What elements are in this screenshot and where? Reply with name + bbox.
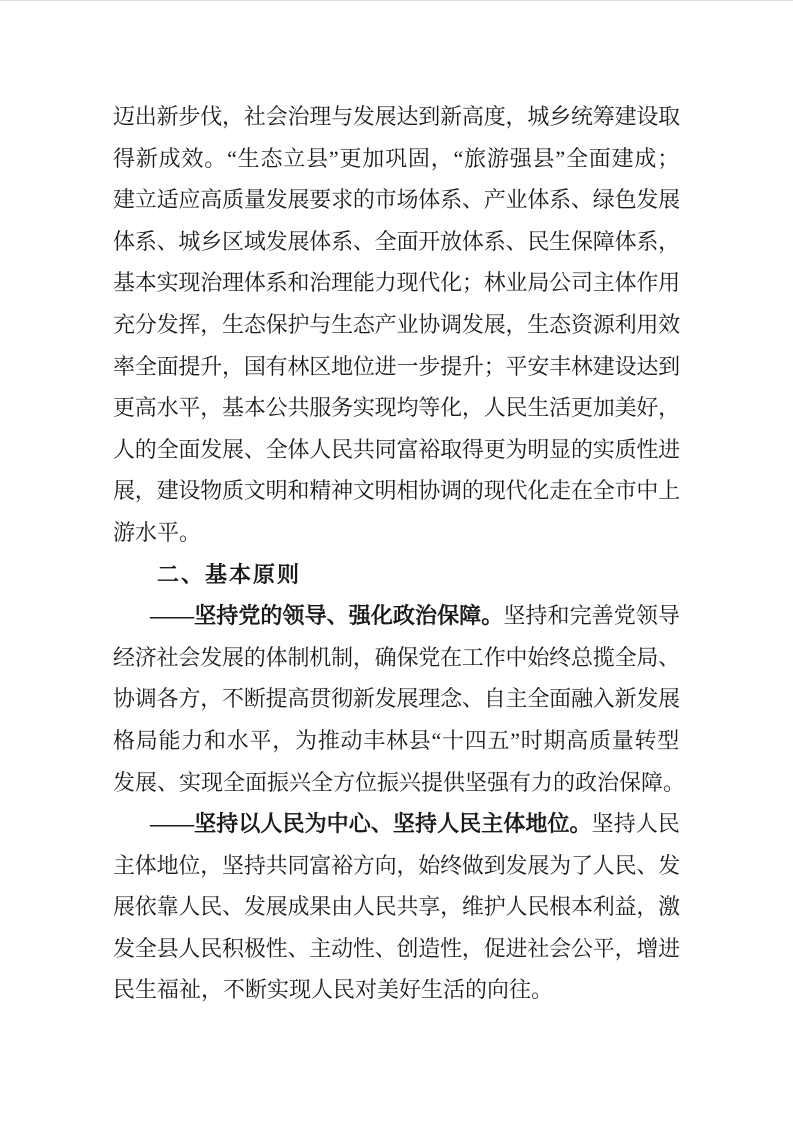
text-segment: 基本实现治理体系和治理能力现代化；林业局公司主体作用: [113, 270, 680, 295]
text-segment: 协调各方，不断提高贯彻新发展理念、自主全面融入新发展: [113, 686, 680, 711]
para-goals-continuation: 迈出新步伐，社会治理与发展达到新高度，城乡统筹建设取得新成效。“生态立县”更加巩…: [113, 96, 680, 554]
text-line: 建立适应高质量发展要求的市场体系、产业体系、绿色发展: [113, 179, 680, 221]
bold-text-segment: 二、基本原则: [157, 562, 301, 587]
para-people-centered: ——坚持以人民为中心、坚持人民主体地位。坚持人民主体地位，坚持共同富裕方向，始终…: [113, 803, 680, 1011]
text-line: 率全面提升，国有林区地位进一步提升；平安丰林建设达到: [113, 346, 680, 388]
text-segment: 人的全面发展、全体人民共同富裕取得更为明显的实质性进: [113, 437, 680, 462]
text-segment: 坚持人民: [592, 811, 680, 836]
text-line: ——坚持以人民为中心、坚持人民主体地位。坚持人民: [150, 803, 680, 845]
document-page: 迈出新步伐，社会治理与发展达到新高度，城乡统筹建设取得新成效。“生态立县”更加巩…: [0, 0, 793, 1122]
text-segment: 格局能力和水平，为推动丰林县“十四五”时期高质量转型: [113, 728, 680, 753]
text-segment: 率全面提升，国有林区地位进一步提升；平安丰林建设达到: [113, 354, 680, 379]
text-line: 展依靠人民、发展成果由人民共享，维护人民根本利益，激: [113, 886, 680, 928]
text-segment: 更高水平，基本公共服务实现均等化，人民生活更加美好，: [113, 395, 680, 420]
para-party-leadership: ——坚持党的领导、强化政治保障。坚持和完善党领导经济社会发展的体制机制，确保党在…: [113, 595, 680, 803]
text-segment: 发全县人民积极性、主动性、创造性，促进社会公平，增进: [113, 936, 680, 961]
text-segment: 坚持和完善党领导: [503, 603, 680, 628]
text-segment: 建立适应高质量发展要求的市场体系、产业体系、绿色发展: [113, 187, 680, 212]
text-line: 游水平。: [113, 512, 680, 554]
text-line: 展，建设物质文明和精神文明相协调的现代化走在全市中上: [113, 470, 680, 512]
text-line: 二、基本原则: [157, 554, 680, 596]
text-line: ——坚持党的领导、强化政治保障。坚持和完善党领导: [150, 595, 680, 637]
document-text: 迈出新步伐，社会治理与发展达到新高度，城乡统筹建设取得新成效。“生态立县”更加巩…: [113, 96, 680, 1011]
bold-text-segment: ——坚持党的领导、强化政治保障。: [150, 603, 503, 628]
text-line: 民生福祉，不断实现人民对美好生活的向往。: [113, 969, 680, 1011]
text-segment: 游水平。: [113, 520, 201, 545]
text-segment: 体系、城乡区域发展体系、全面开放体系、民生保障体系，: [113, 229, 680, 254]
text-segment: 展，建设物质文明和精神文明相协调的现代化走在全市中上: [113, 478, 680, 503]
text-line: 迈出新步伐，社会治理与发展达到新高度，城乡统筹建设取: [113, 96, 680, 138]
text-segment: 主体地位，坚持共同富裕方向，始终做到发展为了人民、发: [113, 853, 680, 878]
text-line: 基本实现治理体系和治理能力现代化；林业局公司主体作用: [113, 262, 680, 304]
text-segment: 得新成效。“生态立县”更加巩固，“旅游强县”全面建成；: [113, 146, 680, 171]
bold-text-segment: ——坚持以人民为中心、坚持人民主体地位。: [150, 811, 592, 836]
text-segment: 民生福祉，不断实现人民对美好生活的向往。: [113, 977, 553, 1002]
heading-basic-principles: 二、基本原则: [113, 554, 680, 596]
text-line: 人的全面发展、全体人民共同富裕取得更为明显的实质性进: [113, 429, 680, 471]
text-line: 充分发挥，生态保护与生态产业协调发展，生态资源利用效: [113, 304, 680, 346]
text-line: 格局能力和水平，为推动丰林县“十四五”时期高质量转型: [113, 720, 680, 762]
text-line: 得新成效。“生态立县”更加巩固，“旅游强县”全面建成；: [113, 138, 680, 180]
text-segment: 经济社会发展的体制机制，确保党在工作中始终总揽全局、: [113, 645, 680, 670]
text-line: 体系、城乡区域发展体系、全面开放体系、民生保障体系，: [113, 221, 680, 263]
text-line: 发展、实现全面振兴全方位振兴提供坚强有力的政治保障。: [113, 762, 680, 804]
text-segment: 充分发挥，生态保护与生态产业协调发展，生态资源利用效: [113, 312, 680, 337]
text-segment: 迈出新步伐，社会治理与发展达到新高度，城乡统筹建设取: [113, 104, 680, 129]
text-line: 经济社会发展的体制机制，确保党在工作中始终总揽全局、: [113, 637, 680, 679]
text-line: 协调各方，不断提高贯彻新发展理念、自主全面融入新发展: [113, 678, 680, 720]
text-line: 发全县人民积极性、主动性、创造性，促进社会公平，增进: [113, 928, 680, 970]
text-line: 主体地位，坚持共同富裕方向，始终做到发展为了人民、发: [113, 845, 680, 887]
text-segment: 发展、实现全面振兴全方位振兴提供坚强有力的政治保障。: [113, 770, 685, 795]
text-line: 更高水平，基本公共服务实现均等化，人民生活更加美好，: [113, 387, 680, 429]
text-segment: 展依靠人民、发展成果由人民共享，维护人民根本利益，激: [113, 894, 680, 919]
